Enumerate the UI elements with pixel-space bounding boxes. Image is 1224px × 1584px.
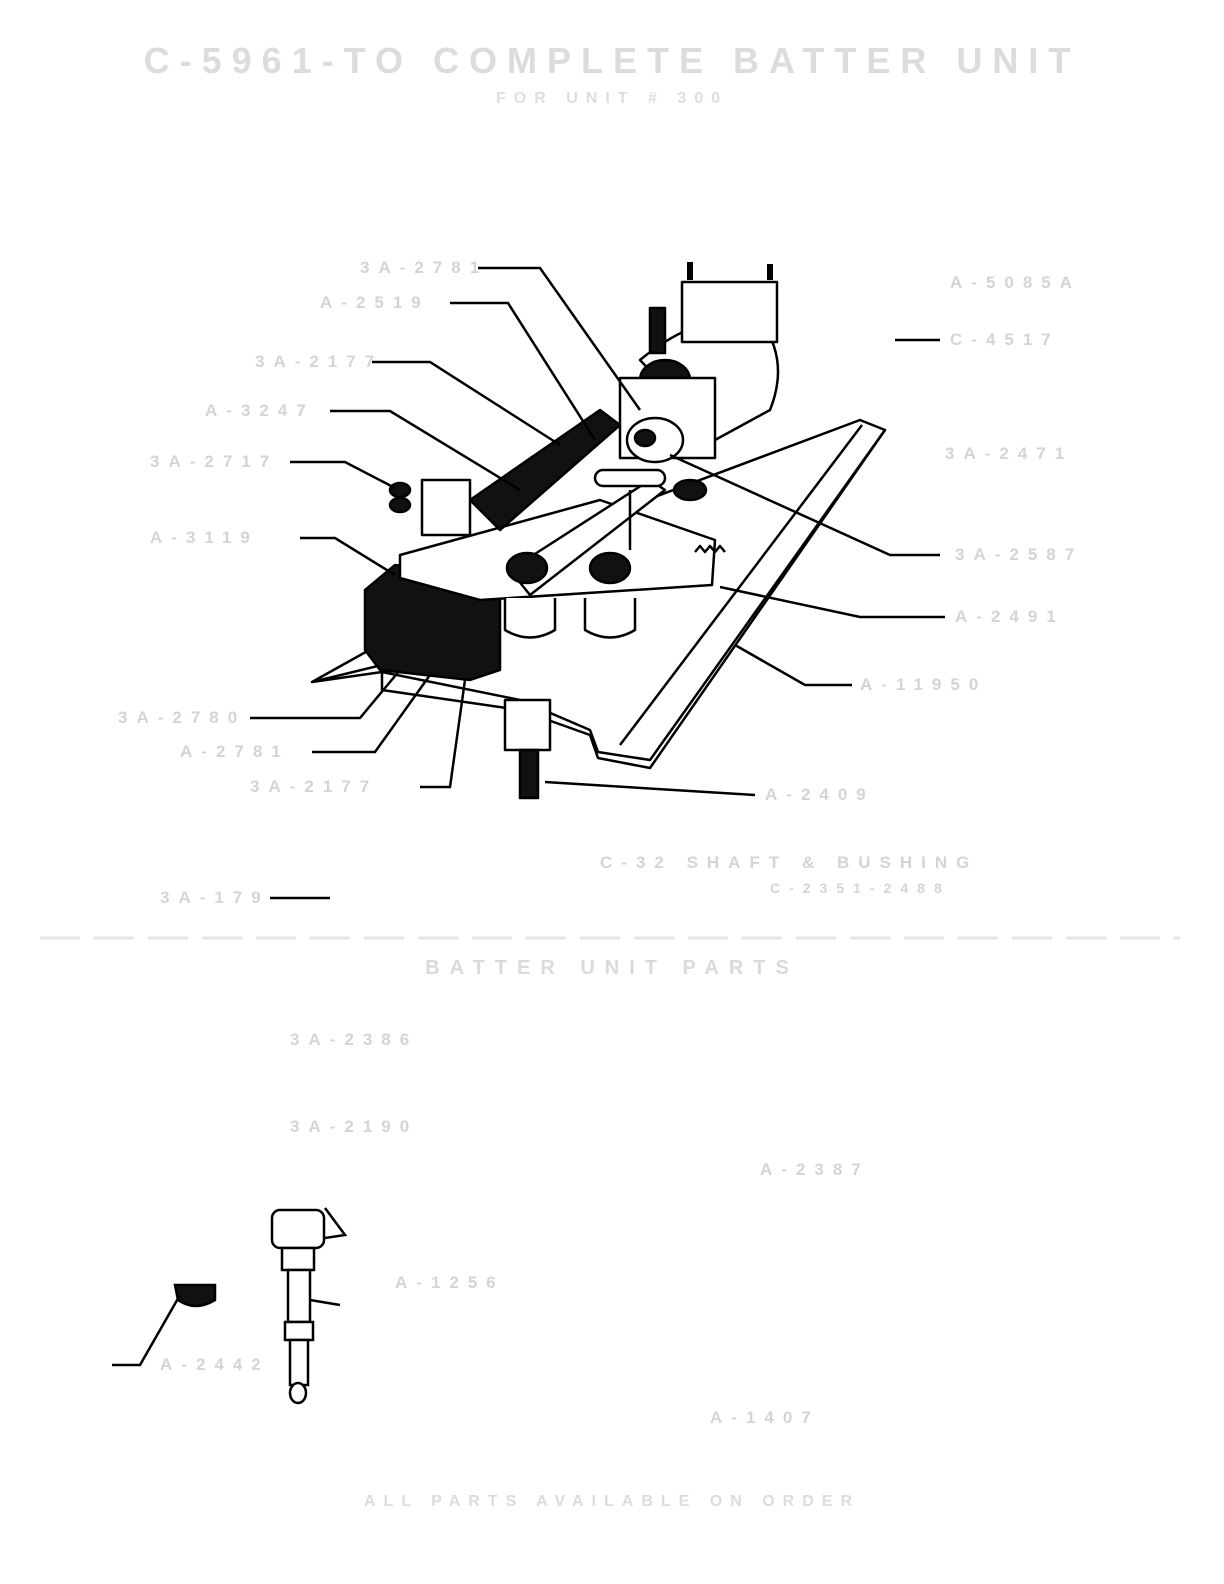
label-a-2781: A-2781 bbox=[180, 742, 290, 762]
label-shaft-bushing: C-32 SHAFT & BUSHING bbox=[600, 853, 978, 873]
label-3a-2177-b: 3A-2177 bbox=[250, 777, 378, 797]
label-c-4517: C-4517 bbox=[950, 330, 1060, 350]
label-a-2491: A-2491 bbox=[955, 607, 1065, 627]
label-3a-2587: 3A-2587 bbox=[955, 545, 1083, 565]
batter-unit-drawing bbox=[0, 0, 1224, 1584]
label-3a-2177: 3A-2177 bbox=[255, 352, 383, 372]
label-a-11950: A-11950 bbox=[860, 675, 987, 695]
label-a-5085a: A-5085A bbox=[950, 273, 1081, 293]
part-label-a-2442: A-2442 bbox=[160, 1355, 270, 1375]
label-shaft-bushing-number: C-2351-2488 bbox=[770, 880, 951, 896]
label-a-2409: A-2409 bbox=[765, 785, 875, 805]
label-a-2519: A-2519 bbox=[320, 293, 430, 313]
part-label-3a-2386: 3A-2386 bbox=[290, 1030, 418, 1050]
label-3a-179: 3A-179 bbox=[160, 888, 270, 908]
label-3a-2717: 3A-2717 bbox=[150, 452, 278, 472]
label-3a-2781: 3A-2781 bbox=[360, 258, 488, 278]
label-3a-2471: 3A-2471 bbox=[945, 444, 1073, 464]
part-label-a-1256: A-1256 bbox=[395, 1273, 505, 1293]
label-a-3247: A-3247 bbox=[205, 401, 315, 421]
footer-note: ALL PARTS AVAILABLE ON ORDER bbox=[0, 1493, 1224, 1511]
part-label-3a-2190: 3A-2190 bbox=[290, 1117, 418, 1137]
label-a-3119: A-3119 bbox=[150, 528, 259, 548]
part-label-a-1407: A-1407 bbox=[710, 1408, 820, 1428]
part-label-a-2387: A-2387 bbox=[760, 1160, 870, 1180]
label-3a-2780: 3A-2780 bbox=[118, 708, 246, 728]
section-heading: BATTER UNIT PARTS bbox=[0, 957, 1224, 980]
